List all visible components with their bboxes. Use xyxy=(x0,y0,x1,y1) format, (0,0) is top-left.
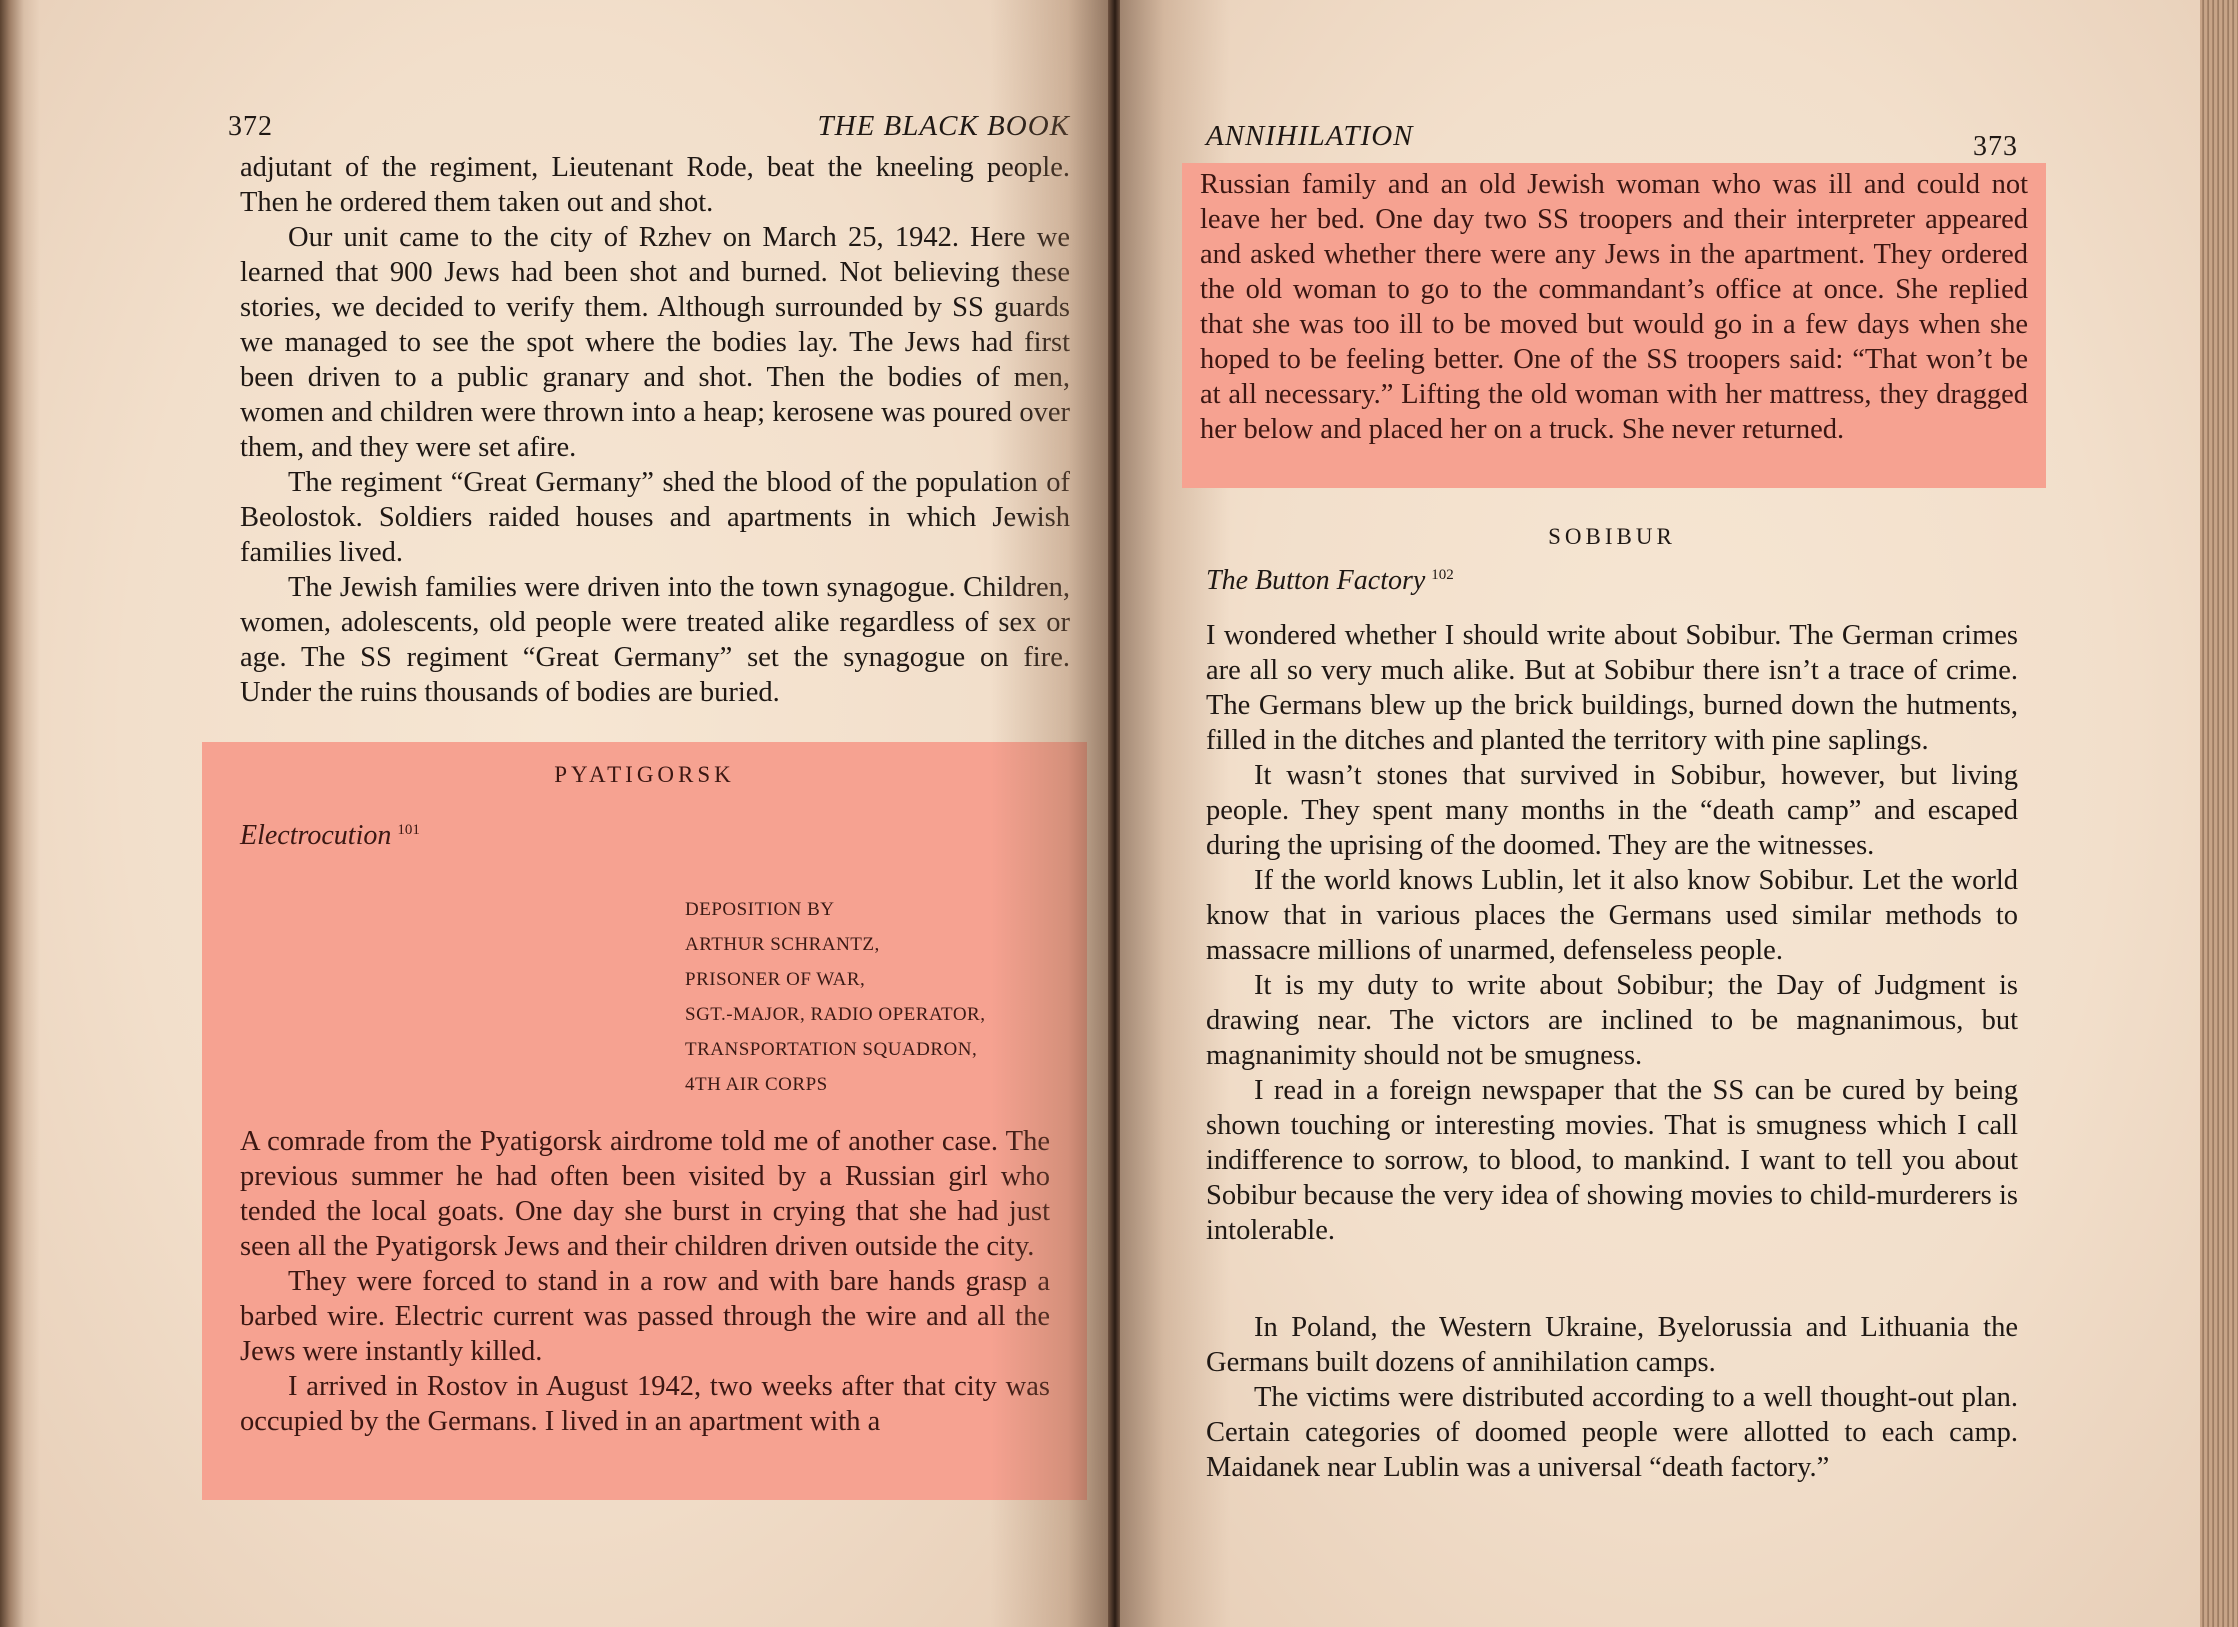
paragraph: The regiment “Great Germany” shed the bl… xyxy=(240,465,1070,570)
paragraph: The Jewish families were driven into the… xyxy=(240,570,1070,710)
paragraph: They were forced to stand in a row and w… xyxy=(240,1264,1050,1369)
highlighted-passage-rostov: Russian family and an old Jewish woman w… xyxy=(1182,163,2046,488)
book-spread: 372 THE BLACK BOOK adjutant of the regim… xyxy=(0,0,2238,1627)
highlighted-passage-pyatigorsk: PYATIGORSK Electrocution101 DEPOSITION B… xyxy=(202,742,1087,1500)
byline-line: ARTHUR SCHRANTZ, xyxy=(685,927,985,962)
paragraph: I wondered whether I should write about … xyxy=(1206,618,2018,758)
paragraph: It is my duty to write about Sobibur; th… xyxy=(1206,968,2018,1073)
paragraph: Russian family and an old Jewish woman w… xyxy=(1200,167,2028,447)
page-number: 373 xyxy=(1973,131,2018,163)
chapter-title: ANNIHILATION xyxy=(1206,120,1414,153)
left-page: 372 THE BLACK BOOK adjutant of the regim… xyxy=(0,0,1110,1627)
deposition-byline: DEPOSITION BY ARTHUR SCHRANTZ, PRISONER … xyxy=(685,892,985,1102)
highlighted-body-text: A comrade from the Pyatigorsk airdrome t… xyxy=(240,1124,1050,1439)
right-body-text-continued: In Poland, the Western Ukraine, Byelorus… xyxy=(1206,1310,2018,1485)
paragraph: In Poland, the Western Ukraine, Byelorus… xyxy=(1206,1310,2018,1380)
byline-line: SGT.-MAJOR, RADIO OPERATOR, xyxy=(685,997,985,1032)
story-title-text: Electrocution xyxy=(240,820,391,851)
byline-line: TRANSPORTATION SQUADRON, xyxy=(685,1032,985,1067)
paragraph: A comrade from the Pyatigorsk airdrome t… xyxy=(240,1124,1050,1264)
story-title: The Button Factory102 xyxy=(1206,565,1454,597)
paragraph: Our unit came to the city of Rzhev on Ma… xyxy=(240,220,1070,465)
section-heading: SOBIBUR xyxy=(1206,524,2018,550)
right-running-head: ANNIHILATION 373 xyxy=(1206,120,2018,153)
story-title-text: The Button Factory xyxy=(1206,565,1425,596)
byline-line: DEPOSITION BY xyxy=(685,892,985,927)
byline-line: PRISONER OF WAR, xyxy=(685,962,985,997)
page-number: 372 xyxy=(228,111,273,143)
byline-line: 4TH AIR CORPS xyxy=(685,1067,985,1102)
footnote-reference: 101 xyxy=(397,822,420,838)
footnote-reference: 102 xyxy=(1431,567,1454,583)
paragraph: I arrived in Rostov in August 1942, two … xyxy=(240,1369,1050,1439)
paragraph: I read in a foreign newspaper that the S… xyxy=(1206,1073,2018,1248)
right-body-text: I wondered whether I should write about … xyxy=(1206,618,2018,1248)
paragraph: It wasn’t stones that survived in Sobibu… xyxy=(1206,758,2018,863)
paragraph: adjutant of the regiment, Lieutenant Rod… xyxy=(240,150,1070,220)
section-heading: PYATIGORSK xyxy=(202,762,1087,788)
story-title: Electrocution101 xyxy=(240,820,420,852)
book-title: THE BLACK BOOK xyxy=(818,110,1070,143)
paragraph: The victims were distributed according t… xyxy=(1206,1380,2018,1485)
right-page: ANNIHILATION 373 Russian family and an o… xyxy=(1120,0,2238,1627)
left-running-head: 372 THE BLACK BOOK xyxy=(228,110,1070,143)
paragraph: If the world knows Lublin, let it also k… xyxy=(1206,863,2018,968)
left-body-text: adjutant of the regiment, Lieutenant Rod… xyxy=(240,150,1070,710)
